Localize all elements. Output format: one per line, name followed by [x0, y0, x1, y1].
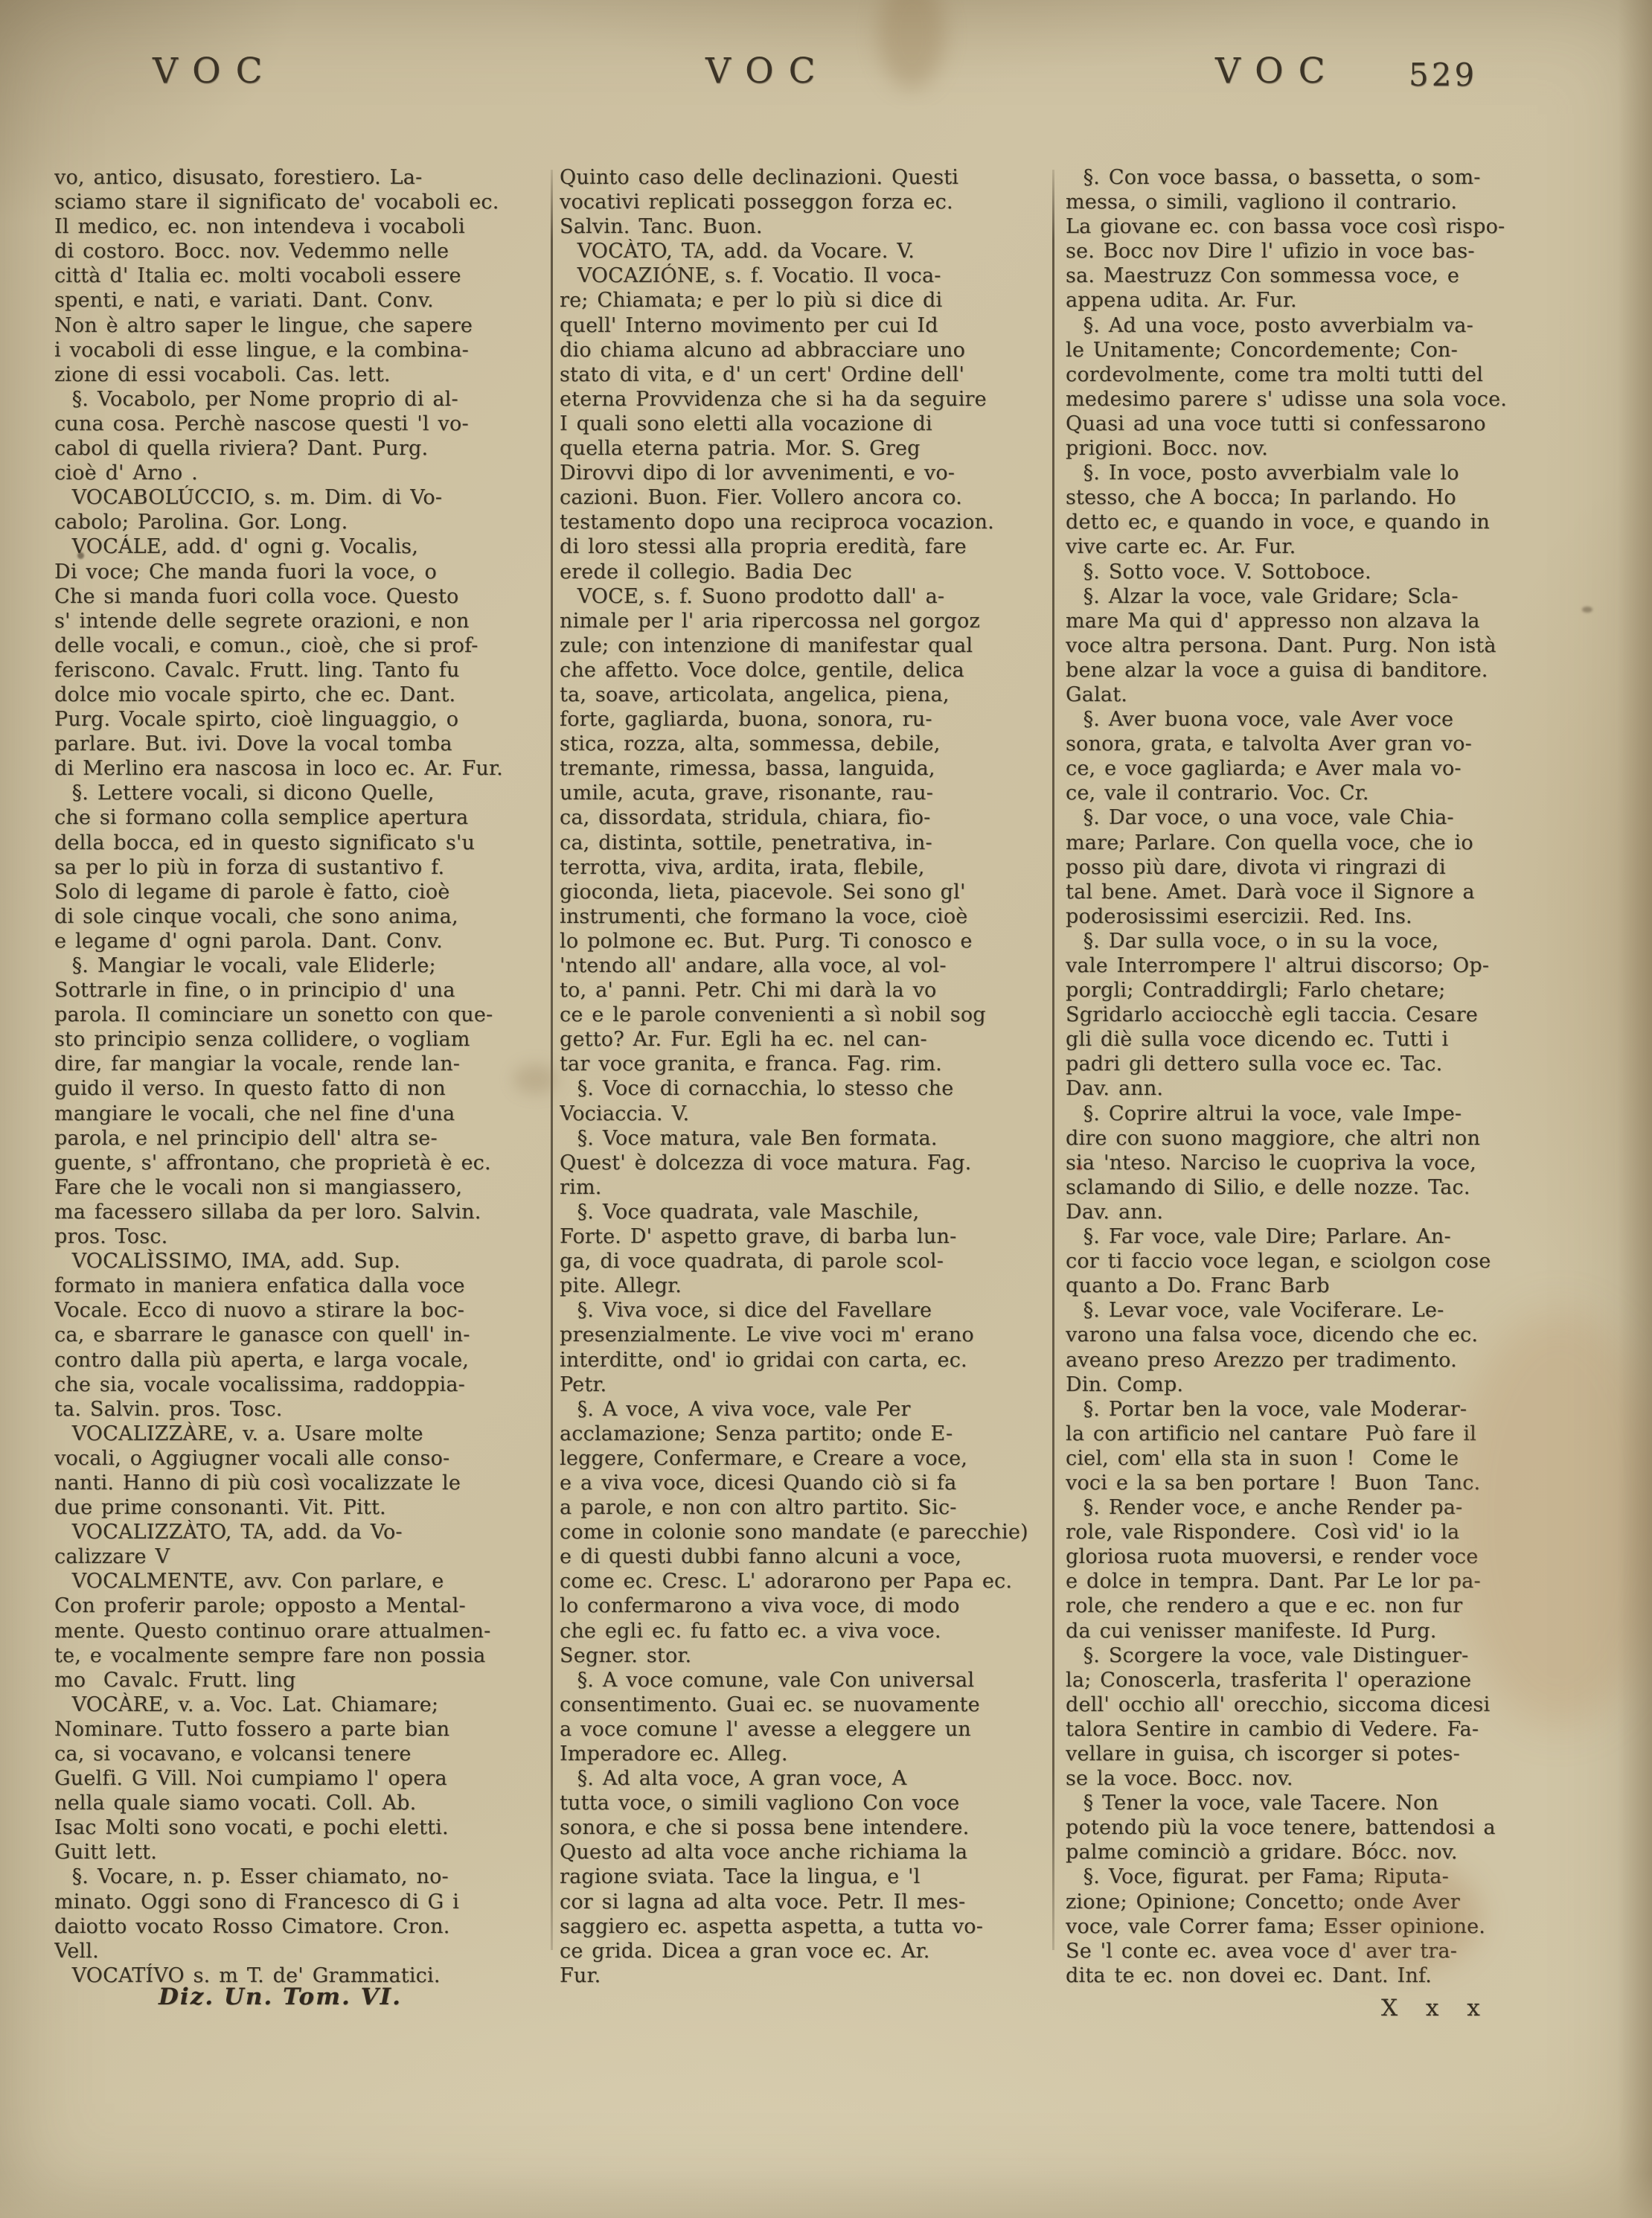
text-line: che affetto. Voce dolce, gentile, delica [560, 658, 1054, 683]
text-line: umile, acuta, grave, risonante, rau- [560, 781, 1054, 805]
text-line: §. Scorgere la voce, vale Distinguer- [1066, 1643, 1560, 1668]
text-column-2: Quinto caso delle declinazioni. Questivo… [560, 165, 1054, 1988]
running-head-right: VOC [1215, 51, 1340, 92]
text-line: §. Dar sulla voce, o in su la voce, [1066, 929, 1560, 953]
text-line: ca, dissordata, stridula, chiara, fio- [560, 805, 1054, 830]
text-line: dire con suono maggiore, che altri non [1066, 1126, 1560, 1151]
text-column-3: §. Con voce bassa, o bassetta, o som-mes… [1066, 165, 1560, 1988]
text-line: ga, di voce quadrata, di parole scol- [560, 1249, 1054, 1273]
text-line: guente, s' affrontano, che proprietà è e… [54, 1151, 548, 1175]
text-line: §. Ad una voce, posto avverbialm va- [1066, 313, 1560, 338]
text-line: tutta voce, o simili vagliono Con voce [560, 1791, 1054, 1815]
text-line: Guelfi. G Vill. Noi cumpiamo l' opera [54, 1766, 548, 1791]
text-line: VOCALÌSSIMO, IMA, add. Sup. [54, 1249, 548, 1273]
text-line: §. Lettere vocali, si dicono Quelle, [54, 781, 548, 805]
text-line: Sgridarlo acciocchè egli taccia. Cesare [1066, 1003, 1560, 1027]
text-line: interditte, ond' io gridai con carta, ec… [560, 1348, 1054, 1372]
text-line: §. Render voce, e anche Render pa- [1066, 1495, 1560, 1520]
text-line: rim. [560, 1175, 1054, 1200]
text-line: zione; Opinione; Concetto; onde Aver [1066, 1890, 1560, 1914]
text-line: nimale per l' aria ripercossa nel gorgoz [560, 609, 1054, 633]
text-line: tremante, rimessa, bassa, languida, [560, 756, 1054, 781]
text-line: consentimento. Guai ec. se nuovamente [560, 1693, 1054, 1717]
text-line: cazioni. Buon. Fier. Vollero ancora co. [560, 485, 1054, 510]
text-line: pite. Allegr. [560, 1273, 1054, 1298]
text-line: talora Sentire in cambio di Vedere. Fa- [1066, 1717, 1560, 1742]
text-line: sa per lo più in forza di sustantivo f. [54, 855, 548, 880]
text-line: vale Interrompere l' altrui discorso; Op… [1066, 953, 1560, 978]
text-line: ta, soave, articolata, angelica, piena, [560, 683, 1054, 707]
text-line: VOCALMENTE, avv. Con parlare, e [54, 1569, 548, 1594]
text-line: terrotta, viva, ardita, irata, flebile, [560, 855, 1054, 880]
text-line: Din. Comp. [1066, 1372, 1560, 1397]
page-number: 529 [1409, 57, 1477, 93]
text-line: Vocale. Ecco di nuovo a stirare la boc- [54, 1298, 548, 1323]
text-line: Quinto caso delle declinazioni. Questi [560, 165, 1054, 190]
text-line: §. Far voce, vale Dire; Parlare. An- [1066, 1224, 1560, 1249]
text-line: Dirovvi dipo di lor avvenimenti, e vo- [560, 461, 1054, 485]
text-line: Imperadore ec. Alleg. [560, 1742, 1054, 1766]
text-line: 'ntendo all' andare, alla voce, al vol- [560, 953, 1054, 978]
text-line: cioè d' Arno . [54, 461, 548, 485]
text-line: nella quale siamo vocati. Coll. Ab. [54, 1791, 548, 1815]
text-line: Non è altro saper le lingue, che sapere [54, 313, 548, 338]
text-line: le Unitamente; Concordemente; Con- [1066, 338, 1560, 362]
text-line: Sottrarle in fine, o in principio d' una [54, 978, 548, 1003]
text-line: Il medico, ec. non intendeva i vocaboli [54, 214, 548, 239]
text-line: role, vale Rispondere. Così vid' io la [1066, 1520, 1560, 1544]
text-line: Questo ad alta voce anche richiama la [560, 1840, 1054, 1864]
text-line: e dolce in tempra. Dant. Par Le lor pa- [1066, 1569, 1560, 1594]
text-line: forte, gagliarda, buona, sonora, ru- [560, 707, 1054, 732]
text-line: dolce mio vocale spirto, che ec. Dant. [54, 683, 548, 707]
text-line: I quali sono eletti alla vocazione di [560, 412, 1054, 436]
text-line: Purg. Vocale spirto, cioè linguaggio, o [54, 707, 548, 732]
text-line: e di questi dubbi fanno alcuni a voce, [560, 1544, 1054, 1569]
text-line: i vocaboli di esse lingue, e la combina- [54, 338, 548, 362]
text-line: contro dalla più aperta, e larga vocale, [54, 1348, 548, 1372]
text-line: mangiare le vocali, che nel fine d'una [54, 1102, 548, 1126]
text-line: la con artificio nel cantare Può fare il [1066, 1422, 1560, 1446]
text-line: ciel, com' ella sta in suon ! Come le [1066, 1446, 1560, 1471]
text-line: §. Portar ben la voce, vale Moderar- [1066, 1397, 1560, 1422]
text-line: VOCÀRE, v. a. Voc. Lat. Chiamare; [54, 1693, 548, 1717]
text-line: ca, e sbarrare le ganasce con quell' in- [54, 1323, 548, 1347]
running-head-center: VOC [705, 51, 830, 92]
text-line: ta. Salvin. pros. Tosc. [54, 1397, 548, 1422]
text-line: §. Mangiar le vocali, vale Eliderle; [54, 953, 548, 978]
text-line: s' intende delle segrete orazioni, e non [54, 609, 548, 633]
text-line: vo, antico, disusato, forestiero. La- [54, 165, 548, 190]
text-line: Segner. stor. [560, 1643, 1054, 1668]
text-line: §. A voce comune, vale Con universal [560, 1668, 1054, 1693]
text-line: sto principio senza collidere, o vogliam [54, 1027, 548, 1052]
text-line: §. Alzar la voce, vale Gridare; Scla- [1066, 584, 1560, 609]
text-line: quell' Interno movimento per cui Id [560, 313, 1054, 338]
text-line: Petr. [560, 1372, 1054, 1397]
text-line: Di voce; Che manda fuori la voce, o [54, 560, 548, 584]
text-line: tar voce granita, e franca. Fag. rim. [560, 1052, 1054, 1076]
text-line: Quest' è dolcezza di voce matura. Fag. [560, 1151, 1054, 1175]
text-line: Isac Molti sono vocati, e pochi eletti. [54, 1815, 548, 1840]
text-line: Dav. ann. [1066, 1200, 1560, 1224]
text-line: mente. Questo continuo orare attualmen- [54, 1619, 548, 1643]
text-line: Guitt lett. [54, 1840, 548, 1864]
text-line: §. Viva voce, si dice del Favellare [560, 1298, 1054, 1323]
text-line: cordevolmente, come tra molti tutti del [1066, 362, 1560, 387]
text-line: saggiero ec. aspetta aspetta, a tutta vo… [560, 1914, 1054, 1939]
signature-mark: X x x [1381, 1995, 1491, 2022]
text-line: della bocca, ed in questo significato s'… [54, 831, 548, 855]
text-line: §. Dar voce, o una voce, vale Chia- [1066, 805, 1560, 830]
text-line: §. Voce matura, vale Ben formata. [560, 1126, 1054, 1151]
text-line: delle vocali, e comun., cioè, che si pro… [54, 633, 548, 658]
text-line: due prime consonanti. Vit. Pitt. [54, 1495, 548, 1520]
text-line: di sole cinque vocali, che sono anima, [54, 904, 548, 929]
text-line: testamento dopo una reciproca vocazion. [560, 510, 1054, 534]
text-line: §. Voce di cornacchia, lo stesso che [560, 1076, 1054, 1101]
text-line: feriscono. Cavalc. Frutt. ling. Tanto fu [54, 658, 548, 683]
dictionary-scan-page: VOC VOC VOC 529 vo, antico, disusato, fo… [0, 0, 1652, 2218]
text-line: che egli ec. fu fatto ec. a viva voce. [560, 1619, 1054, 1643]
text-line: parola. Il cominciare un sonetto con que… [54, 1003, 548, 1027]
text-line: città d' Italia ec. molti vocaboli esser… [54, 263, 548, 288]
text-line: §. Ad alta voce, A gran voce, A [560, 1766, 1054, 1791]
text-line: ce e le parole convenienti a sì nobil so… [560, 1003, 1054, 1027]
text-line: getto? Ar. Fur. Egli ha ec. nel can- [560, 1027, 1054, 1052]
text-line: detto ec, e quando in voce, e quando in [1066, 510, 1560, 534]
text-line: a parole, e non con altro partito. Sic- [560, 1495, 1054, 1520]
text-line: voce altra persona. Dant. Purg. Non istà [1066, 633, 1560, 658]
text-line: cabol di quella riviera? Dant. Purg. [54, 436, 548, 461]
text-line: dire, far mangiar la vocale, rende lan- [54, 1052, 548, 1076]
text-line: stato di vita, e d' un cert' Ordine dell… [560, 362, 1054, 387]
paper-speck [77, 552, 84, 559]
text-line: poderosissimi esercizii. Red. Ins. [1066, 904, 1560, 929]
text-line: VOCAZIÓNE, s. f. Vocatio. Il voca- [560, 263, 1054, 288]
text-line: §. Vocabolo, per Nome proprio di al- [54, 387, 548, 412]
text-line: guido il verso. In questo fatto di non [54, 1076, 548, 1101]
text-line: calizzare V [54, 1544, 548, 1569]
running-head-left: VOC [153, 51, 278, 92]
text-line: sia 'nteso. Narciso le cuopriva la voce, [1066, 1151, 1560, 1175]
text-line: re; Chiamata; e per lo più si dice di [560, 288, 1054, 313]
text-line: Salvin. Tanc. Buon. [560, 214, 1054, 239]
text-line: stica, rozza, alta, sommessa, debile, [560, 732, 1054, 756]
text-column-1: vo, antico, disusato, forestiero. La-sci… [54, 165, 548, 1988]
volume-note: Diz. Un. Tom. VI. [159, 1984, 402, 2010]
text-line: mo Cavalc. Frutt. ling [54, 1668, 548, 1693]
text-line: Vociaccia. V. [560, 1102, 1054, 1126]
text-line: leggere, Confermare, e Creare a voce, [560, 1446, 1054, 1471]
text-line: Vell. [54, 1939, 548, 1963]
text-line: zule; con intenzione di manifestar qual [560, 633, 1054, 658]
text-line: §. Coprire altrui la voce, vale Impe- [1066, 1102, 1560, 1126]
text-line: ca, distinta, sottile, penetrativa, in- [560, 831, 1054, 855]
text-line: Dav. ann. [1066, 1076, 1560, 1101]
text-line: di loro stessi alla propria eredità, far… [560, 534, 1054, 559]
text-line: appena udita. Ar. Fur. [1066, 288, 1560, 313]
text-line: §. Aver buona voce, vale Aver voce [1066, 707, 1560, 732]
text-line: to, a' panni. Petr. Chi mi darà la vo [560, 978, 1054, 1003]
text-line: ce, vale il contrario. Voc. Cr. [1066, 781, 1560, 805]
text-line: role, che rendero a que e ec. non fur [1066, 1594, 1560, 1618]
page-edge-shadow [0, 2173, 1652, 2218]
text-line: Solo di legame di parole è fatto, cioè [54, 880, 548, 904]
text-line: messa, o simili, vagliono il contrario. [1066, 190, 1560, 214]
text-line: dita te ec. non dovei ec. Dant. Inf. [1066, 1963, 1560, 1988]
text-line: mare; Parlare. Con quella voce, che io [1066, 831, 1560, 855]
text-line: la; Conoscerla, trasferita l' operazione [1066, 1668, 1560, 1693]
text-line: Quasi ad una voce tutti si confessarono [1066, 412, 1560, 436]
text-line: VOCABOLÚCCIO, s. m. Dim. di Vo- [54, 485, 548, 510]
text-line: VOCALIZZÀTO, TA, add. da Vo- [54, 1520, 548, 1544]
text-line: sciamo stare il significato de' vocaboli… [54, 190, 548, 214]
text-line: presenzialmente. Le vive voci m' erano [560, 1323, 1054, 1347]
text-line: ce grida. Dicea a gran voce ec. Ar. [560, 1939, 1054, 1963]
text-line: Forte. D' aspetto grave, di barba lun- [560, 1224, 1054, 1249]
text-line: ragione sviata. Tace la lingua, e 'l [560, 1864, 1054, 1889]
text-line: sonora, e che si possa bene intendere. [560, 1815, 1054, 1840]
text-line: acclamazione; Senza partito; onde E- [560, 1422, 1054, 1446]
text-line: quanto a Do. Franc Barb [1066, 1273, 1560, 1298]
text-line: gli diè sulla voce dicendo ec. Tutti i [1066, 1027, 1560, 1052]
text-line: ma facessero sillaba da per loro. Salvin… [54, 1200, 548, 1224]
text-line: nanti. Hanno di più così vocalizzate le [54, 1471, 548, 1495]
text-line: VOCÁLE, add. d' ogni g. Vocalis, [54, 534, 548, 559]
text-line: Con proferir parole; opposto a Mental- [54, 1594, 548, 1618]
text-line: cor ti faccio voce legan, e sciolgon cos… [1066, 1249, 1560, 1273]
text-line: Fur. [560, 1963, 1054, 1988]
text-line: §. Vocare, n. p. Esser chiamato, no- [54, 1864, 548, 1889]
paper-stain [878, 0, 945, 89]
text-line: tal bene. Amet. Darà voce il Signore a [1066, 880, 1560, 904]
text-line: erede il collegio. Badia Dec [560, 560, 1054, 584]
paper-speck [1077, 1165, 1082, 1170]
text-line: gloriosa ruota muoversi, e render voce [1066, 1544, 1560, 1569]
text-line: di Merlino era nascosa in loco ec. Ar. F… [54, 756, 548, 781]
text-line: §. A voce, A viva voce, vale Per [560, 1397, 1054, 1422]
text-line: ca, si vocavano, e volcansi tenere [54, 1742, 548, 1766]
text-line: porgli; Contraddirgli; Farlo chetare; [1066, 978, 1560, 1003]
page-edge-shadow [1618, 0, 1652, 2218]
text-line: instrumenti, che formano la voce, cioè [560, 904, 1054, 929]
text-line: voci e la sa ben portare ! Buon Tanc. [1066, 1471, 1560, 1495]
text-line: medesimo parere s' udisse una sola voce. [1066, 387, 1560, 412]
text-line: che si formano colla semplice apertura [54, 805, 548, 830]
paper-speck [1582, 607, 1592, 613]
text-line: parlare. But. ivi. Dove la vocal tomba [54, 732, 548, 756]
text-line: cuna cosa. Perchè nascose questi 'l vo- [54, 412, 548, 436]
text-line: palme cominciò a gridare. Bócc. nov. [1066, 1840, 1560, 1864]
text-line: parola, e nel principio dell' altra se- [54, 1126, 548, 1151]
text-line: come ec. Cresc. L' adorarono per Papa ec… [560, 1569, 1054, 1594]
text-line: spenti, e nati, e variati. Dant. Conv. [54, 288, 548, 313]
text-line: cor si lagna ad alta voce. Petr. Il mes- [560, 1890, 1054, 1914]
text-line: §. In voce, posto avverbialm vale lo [1066, 461, 1560, 485]
text-line: di costoro. Bocc. nov. Vedemmo nelle [54, 239, 548, 263]
text-line: sonora, grata, e talvolta Aver gran vo- [1066, 732, 1560, 756]
text-line: se. Bocc nov Dire l' ufizio in voce bas- [1066, 239, 1560, 263]
text-line: minato. Oggi sono di Francesco di G i [54, 1890, 548, 1914]
text-line: che sia, vocale vocalissima, raddoppia- [54, 1372, 548, 1397]
text-line: Fare che le vocali non si mangiassero, [54, 1175, 548, 1200]
text-line: e a viva voce, dicesi Quando ciò si fa [560, 1471, 1054, 1495]
text-line: VOCÀTO, TA, add. da Vocare. V. [560, 239, 1054, 263]
text-line: come in colonie sono mandate (e parecchi… [560, 1520, 1054, 1544]
text-line: e legame d' ogni parola. Dant. Conv. [54, 929, 548, 953]
text-line: vocali, o Aggiugner vocali alle conso- [54, 1446, 548, 1471]
text-line: lo polmone ec. But. Purg. Ti conosco e [560, 929, 1054, 953]
text-line: vellare in guisa, ch iscorger si potes- [1066, 1742, 1560, 1766]
text-line: §. Sotto voce. V. Sottoboce. [1066, 560, 1560, 584]
text-line: se la voce. Bocc. nov. [1066, 1766, 1560, 1791]
column-divider-left [551, 170, 553, 1950]
text-line: Che si manda fuori colla voce. Questo [54, 584, 548, 609]
text-line: daiotto vocato Rosso Cimatore. Cron. [54, 1914, 548, 1939]
text-line: Nominare. Tutto fossero a parte bian [54, 1717, 548, 1742]
text-line: vive carte ec. Ar. Fur. [1066, 534, 1560, 559]
text-line: sclamando di Silio, e delle nozze. Tac. [1066, 1175, 1560, 1200]
text-line: La giovane ec. con bassa voce così rispo… [1066, 214, 1560, 239]
text-line: § Tener la voce, vale Tacere. Non [1066, 1791, 1560, 1815]
text-line: stesso, che A bocca; In parlando. Ho [1066, 485, 1560, 510]
text-line: §. Voce quadrata, vale Maschile, [560, 1200, 1054, 1224]
text-line: mare Ma qui d' appresso non alzava la [1066, 609, 1560, 633]
text-line: VOCALIZZÀRE, v. a. Usare molte [54, 1422, 548, 1446]
text-line: §. Voce, figurat. per Fama; Riputa- [1066, 1864, 1560, 1889]
text-line: eterna Provvidenza che si ha da seguire [560, 387, 1054, 412]
text-line: gioconda, lieta, piacevole. Sei sono gl' [560, 880, 1054, 904]
text-line: vocativi replicati posseggon forza ec. [560, 190, 1054, 214]
text-line: voce, vale Correr fama; Esser opinione. [1066, 1914, 1560, 1939]
text-line: zione di essi vocaboli. Cas. lett. [54, 362, 548, 387]
text-line: prigioni. Bocc. nov. [1066, 436, 1560, 461]
text-line: potendo più la voce tenere, battendosi a [1066, 1815, 1560, 1840]
text-line: posso più dare, divota vi ringrazi di [1066, 855, 1560, 880]
text-line: bene alzar la voce a guisa di banditore. [1066, 658, 1560, 683]
text-line: formato in maniera enfatica dalla voce [54, 1273, 548, 1298]
text-line: sa. Maestruzz Con sommessa voce, e [1066, 263, 1560, 288]
text-line: Se 'l conte ec. avea voce d' aver tra- [1066, 1939, 1560, 1963]
text-line: a voce comune l' avesse a eleggere un [560, 1717, 1054, 1742]
text-line: VOCE, s. f. Suono prodotto dall' a- [560, 584, 1054, 609]
text-line: lo confermarono a viva voce, di modo [560, 1594, 1054, 1618]
text-line: da cui venisser manifeste. Id Purg. [1066, 1619, 1560, 1643]
text-line: dell' occhio all' orecchio, siccoma dice… [1066, 1693, 1560, 1717]
text-line: padri gli dettero sulla voce ec. Tac. [1066, 1052, 1560, 1076]
text-line: te, e vocalmente sempre fare non possia [54, 1643, 548, 1668]
text-line: §. Levar voce, vale Vociferare. Le- [1066, 1298, 1560, 1323]
text-line: §. Con voce bassa, o bassetta, o som- [1066, 165, 1560, 190]
text-line: aveano preso Arezzo per tradimento. [1066, 1348, 1560, 1372]
text-line: dio chiama alcuno ad abbracciare uno [560, 338, 1054, 362]
text-line: varono una falsa voce, dicendo che ec. [1066, 1323, 1560, 1347]
text-line: Galat. [1066, 683, 1560, 707]
text-line: quella eterna patria. Mor. S. Greg [560, 436, 1054, 461]
text-line: cabolo; Parolina. Gor. Long. [54, 510, 548, 534]
text-line: ce, e voce gagliarda; e Aver mala vo- [1066, 756, 1560, 781]
text-line: pros. Tosc. [54, 1224, 548, 1249]
